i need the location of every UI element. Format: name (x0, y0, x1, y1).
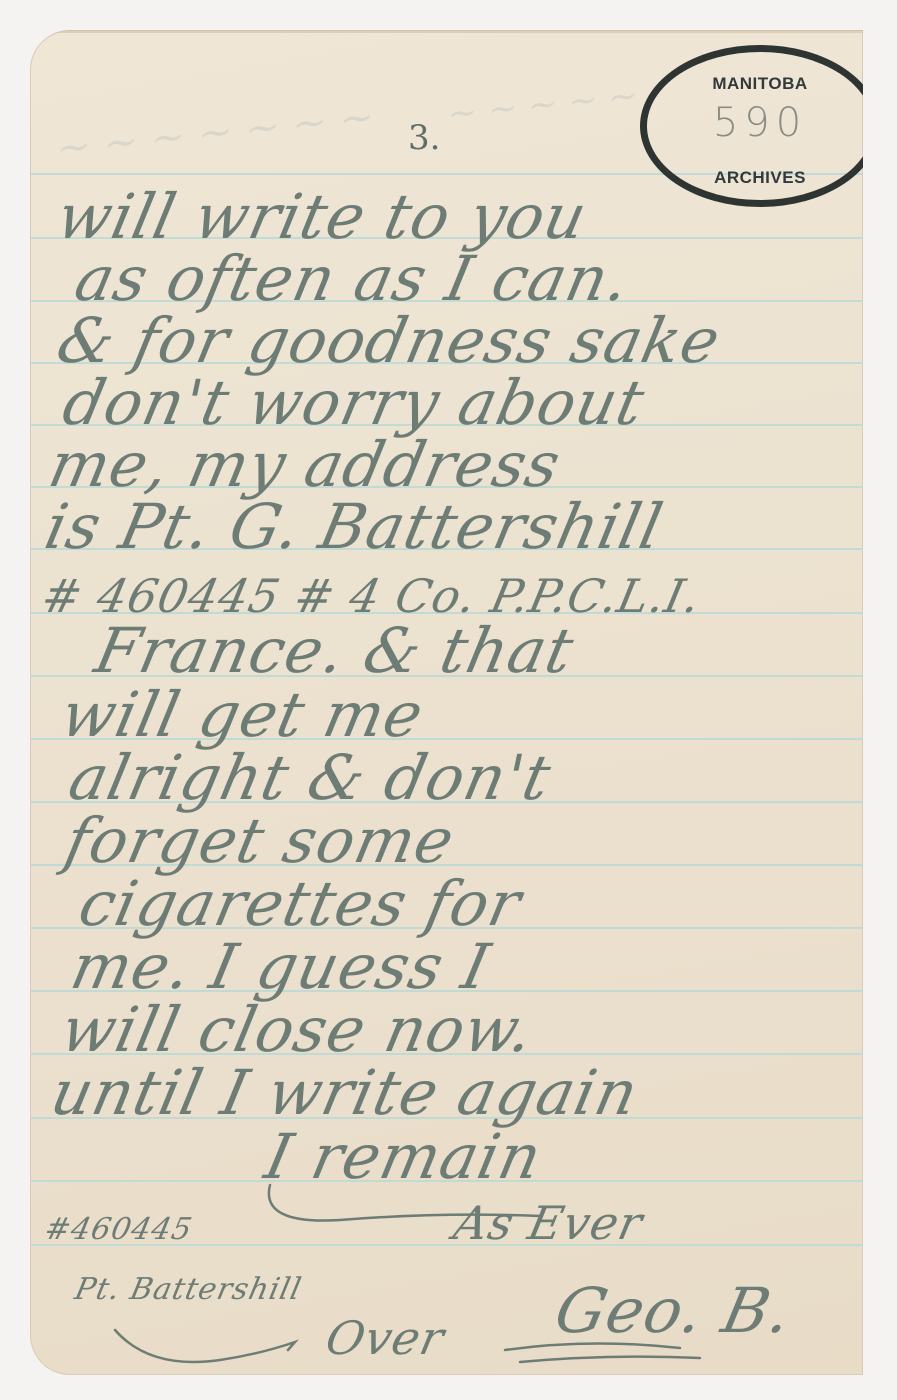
archive-stamp: MANITOBA 590 ARCHIVES (640, 45, 863, 207)
letter-line: # 460445 # 4 Co. P.P.C.L.I. (38, 573, 705, 619)
letter-page: ~ ~ ~ ~ ~ ~ ~ ~ ~ ~ ~ ~ 3. MANITOBA 590 … (30, 30, 863, 1375)
letter-line: until I write again (46, 1062, 644, 1124)
page-number: 3. (408, 118, 440, 158)
letter-line: forget some (60, 810, 460, 872)
stamp-bottom-text: ARCHIVES (647, 168, 863, 188)
bleed-through-text: ~ ~ ~ ~ ~ ~ ~ (54, 94, 378, 172)
stamp-number: 590 (647, 100, 863, 146)
letter-line: as often as I can. (70, 248, 635, 310)
bleed-through-text: ~ ~ ~ ~ ~ (445, 75, 640, 134)
margin-service-number: #460445 (42, 1215, 195, 1245)
letter-line: me. I guess I (66, 936, 495, 998)
letter-line: I remain (260, 1126, 547, 1188)
over-note: Over (322, 1315, 449, 1361)
arrow-icon (110, 1320, 310, 1375)
letter-line: & for goodness sake (52, 310, 726, 372)
letter-line: France. & that (90, 620, 579, 682)
letter-line: will get me (56, 684, 429, 746)
remain-flourish (260, 1180, 560, 1240)
letter-line: me, my address (44, 434, 566, 496)
letter-line: will write to you (52, 186, 593, 248)
letter-line: don't worry about (58, 372, 650, 434)
letter-line: will close now. (56, 999, 539, 1061)
letter-line: cigarettes for (74, 873, 527, 935)
letter-line: is Pt. G. Battershill (40, 496, 668, 558)
signature-flourish (500, 1330, 760, 1375)
margin-name: Pt. Battershill (72, 1275, 304, 1305)
letter-line: alright & don't (64, 747, 556, 809)
stamp-top-text: MANITOBA (647, 74, 863, 94)
